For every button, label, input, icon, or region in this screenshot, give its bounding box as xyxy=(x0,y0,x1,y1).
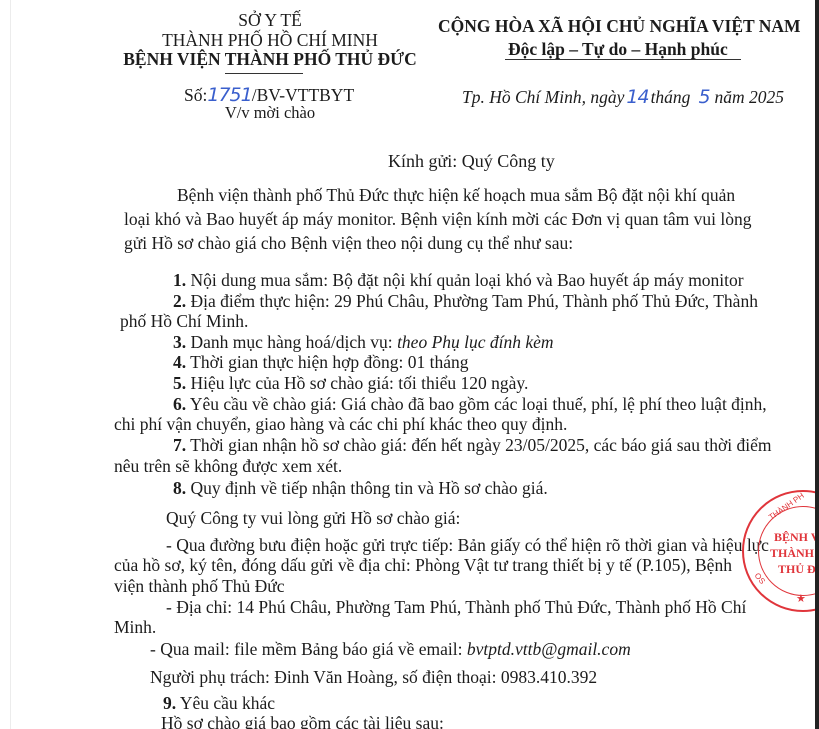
item-number: 1. xyxy=(173,270,186,290)
submission-intro: Quý Công ty vui lòng gửi Hồ sơ chào giá: xyxy=(166,508,460,528)
hospital-name: BỆNH VIỆN THÀNH PHỐ THỦ ĐỨC xyxy=(120,49,420,69)
intro-line-2: loại khó và Bao huyết áp máy monitor. Bệ… xyxy=(124,209,752,229)
item-text: Yêu cầu về chào giá: Giá chào đã bao gồm… xyxy=(186,394,767,414)
place-date: Tp. Hồ Chí Minh, ngày14tháng5năm 2025 xyxy=(462,87,784,107)
official-stamp: THÀNH PH BỆNH V THÀNH THỦ Đ OS ★ xyxy=(742,490,819,612)
item-1: 1. Nội dung mua sắm: Bộ đặt nội khí quản… xyxy=(173,270,744,290)
hospital-underline xyxy=(225,73,303,74)
doc-number-prefix: Số: xyxy=(184,85,207,105)
item-text: Địa điểm thực hiện: 29 Phú Châu, Phường … xyxy=(186,291,758,311)
item-5: 5. Hiệu lực của Hồ sơ chào giá: tối thiể… xyxy=(173,373,528,393)
item-text-italic: theo Phụ lục đính kèm xyxy=(397,332,553,352)
email-prefix: - Qua mail: file mềm Bảng báo giá về ema… xyxy=(150,639,467,659)
submission-post-line-2: của hồ sơ, ký tên, đóng dấu gửi về địa c… xyxy=(114,555,732,575)
doc-number-suffix: /BV-VTTBYT xyxy=(252,85,354,105)
item-number: 9. xyxy=(163,693,176,713)
submission-address-line-1: - Địa chỉ: 14 Phú Châu, Phường Tam Phú, … xyxy=(166,597,746,617)
item-number: 6. xyxy=(173,394,186,414)
submission-post-line-1: - Qua đường bưu điện hoặc gửi trực tiếp:… xyxy=(166,535,769,555)
salutation: Kính gửi: Quý Công ty xyxy=(388,151,555,171)
item-2: 2. Địa điểm thực hiện: 29 Phú Châu, Phườ… xyxy=(173,291,758,311)
day-handwritten: 14 xyxy=(624,86,650,108)
item-text: Thời gian thực hiện hợp đồng: 01 tháng xyxy=(186,352,468,372)
country-name: CỘNG HÒA XÃ HỘI CHỦ NGHĨA VIỆT NAM xyxy=(438,16,801,36)
item-7: 7. Thời gian nhận hồ sơ chào giá: đến hế… xyxy=(173,435,772,455)
item-number: 7. xyxy=(173,435,186,455)
documents-intro: Hồ sơ chào giá bao gồm các tài liệu sau: xyxy=(161,713,444,729)
item-3: 3. Danh mục hàng hoá/dịch vụ: theo Phụ l… xyxy=(173,332,554,352)
item-text: Quy định về tiếp nhận thông tin và Hồ sơ… xyxy=(186,478,548,498)
submission-address-line-2: Minh. xyxy=(114,617,156,637)
email-link[interactable]: bvtptd.vttb@gmail.com xyxy=(467,639,631,659)
item-7-continued: nêu trên sẽ không được xem xét. xyxy=(114,456,342,476)
intro-line-3: gửi Hồ sơ chào giá cho Bệnh viện theo nộ… xyxy=(124,233,573,253)
stamp-line-2: THÀNH xyxy=(770,546,814,560)
document-number: Số:1751/BV-VTTBYT xyxy=(184,85,354,105)
national-motto: Độc lập – Tự do – Hạnh phúc xyxy=(508,39,728,59)
stamp-line-1: BỆNH V xyxy=(774,530,819,544)
year-label: năm 2025 xyxy=(715,87,785,107)
item-6: 6. Yêu cầu về chào giá: Giá chào đã bao … xyxy=(173,394,767,414)
item-8: 8. Quy định về tiếp nhận thông tin và Hồ… xyxy=(173,478,548,498)
item-number: 8. xyxy=(173,478,186,498)
item-number: 5. xyxy=(173,373,186,393)
city-name: THÀNH PHỐ HỒ CHÍ MINH xyxy=(120,30,420,50)
item-4: 4. Thời gian thực hiện hợp đồng: 01 thán… xyxy=(173,352,468,372)
submission-post-line-3: viện thành phố Thủ Đức xyxy=(114,576,285,596)
item-2-continued: phố Hồ Chí Minh. xyxy=(120,311,248,331)
stamp-star-icon: ★ xyxy=(796,592,806,605)
intro-line-1: Bệnh viện thành phố Thủ Đức thực hiện kế… xyxy=(177,185,735,205)
item-text: Danh mục hàng hoá/dịch vụ: xyxy=(186,332,397,352)
item-text: Yêu cầu khác xyxy=(176,693,275,713)
agency-name: SỞ Y TẾ xyxy=(120,10,420,30)
item-number: 4. xyxy=(173,352,186,372)
item-text: Hiệu lực của Hồ sơ chào giá: tối thiểu 1… xyxy=(186,373,528,393)
item-number: 2. xyxy=(173,291,186,311)
submission-email-line: - Qua mail: file mềm Bảng báo giá về ema… xyxy=(150,639,631,659)
stamp-line-3: THỦ Đ xyxy=(778,562,816,576)
contact-person: Người phụ trách: Đinh Văn Hoàng, số điện… xyxy=(150,667,597,687)
date-prefix: Tp. Hồ Chí Minh, ngày xyxy=(462,87,624,107)
item-text: Thời gian nhận hồ sơ chào giá: đến hết n… xyxy=(186,435,771,455)
item-number: 3. xyxy=(173,332,186,352)
month-label: tháng xyxy=(651,87,691,107)
page-edge-left xyxy=(10,0,11,729)
item-9: 9. Yêu cầu khác xyxy=(163,693,275,713)
page-edge-right-overlay xyxy=(815,0,819,729)
month-handwritten: 5 xyxy=(690,86,714,108)
motto-underline xyxy=(505,59,741,60)
document-subject: V/v mời chào xyxy=(120,103,420,123)
item-text: Nội dung mua sắm: Bộ đặt nội khí quản lo… xyxy=(186,270,744,290)
item-6-continued: chi phí vận chuyển, giao hàng và các chi… xyxy=(114,414,567,434)
